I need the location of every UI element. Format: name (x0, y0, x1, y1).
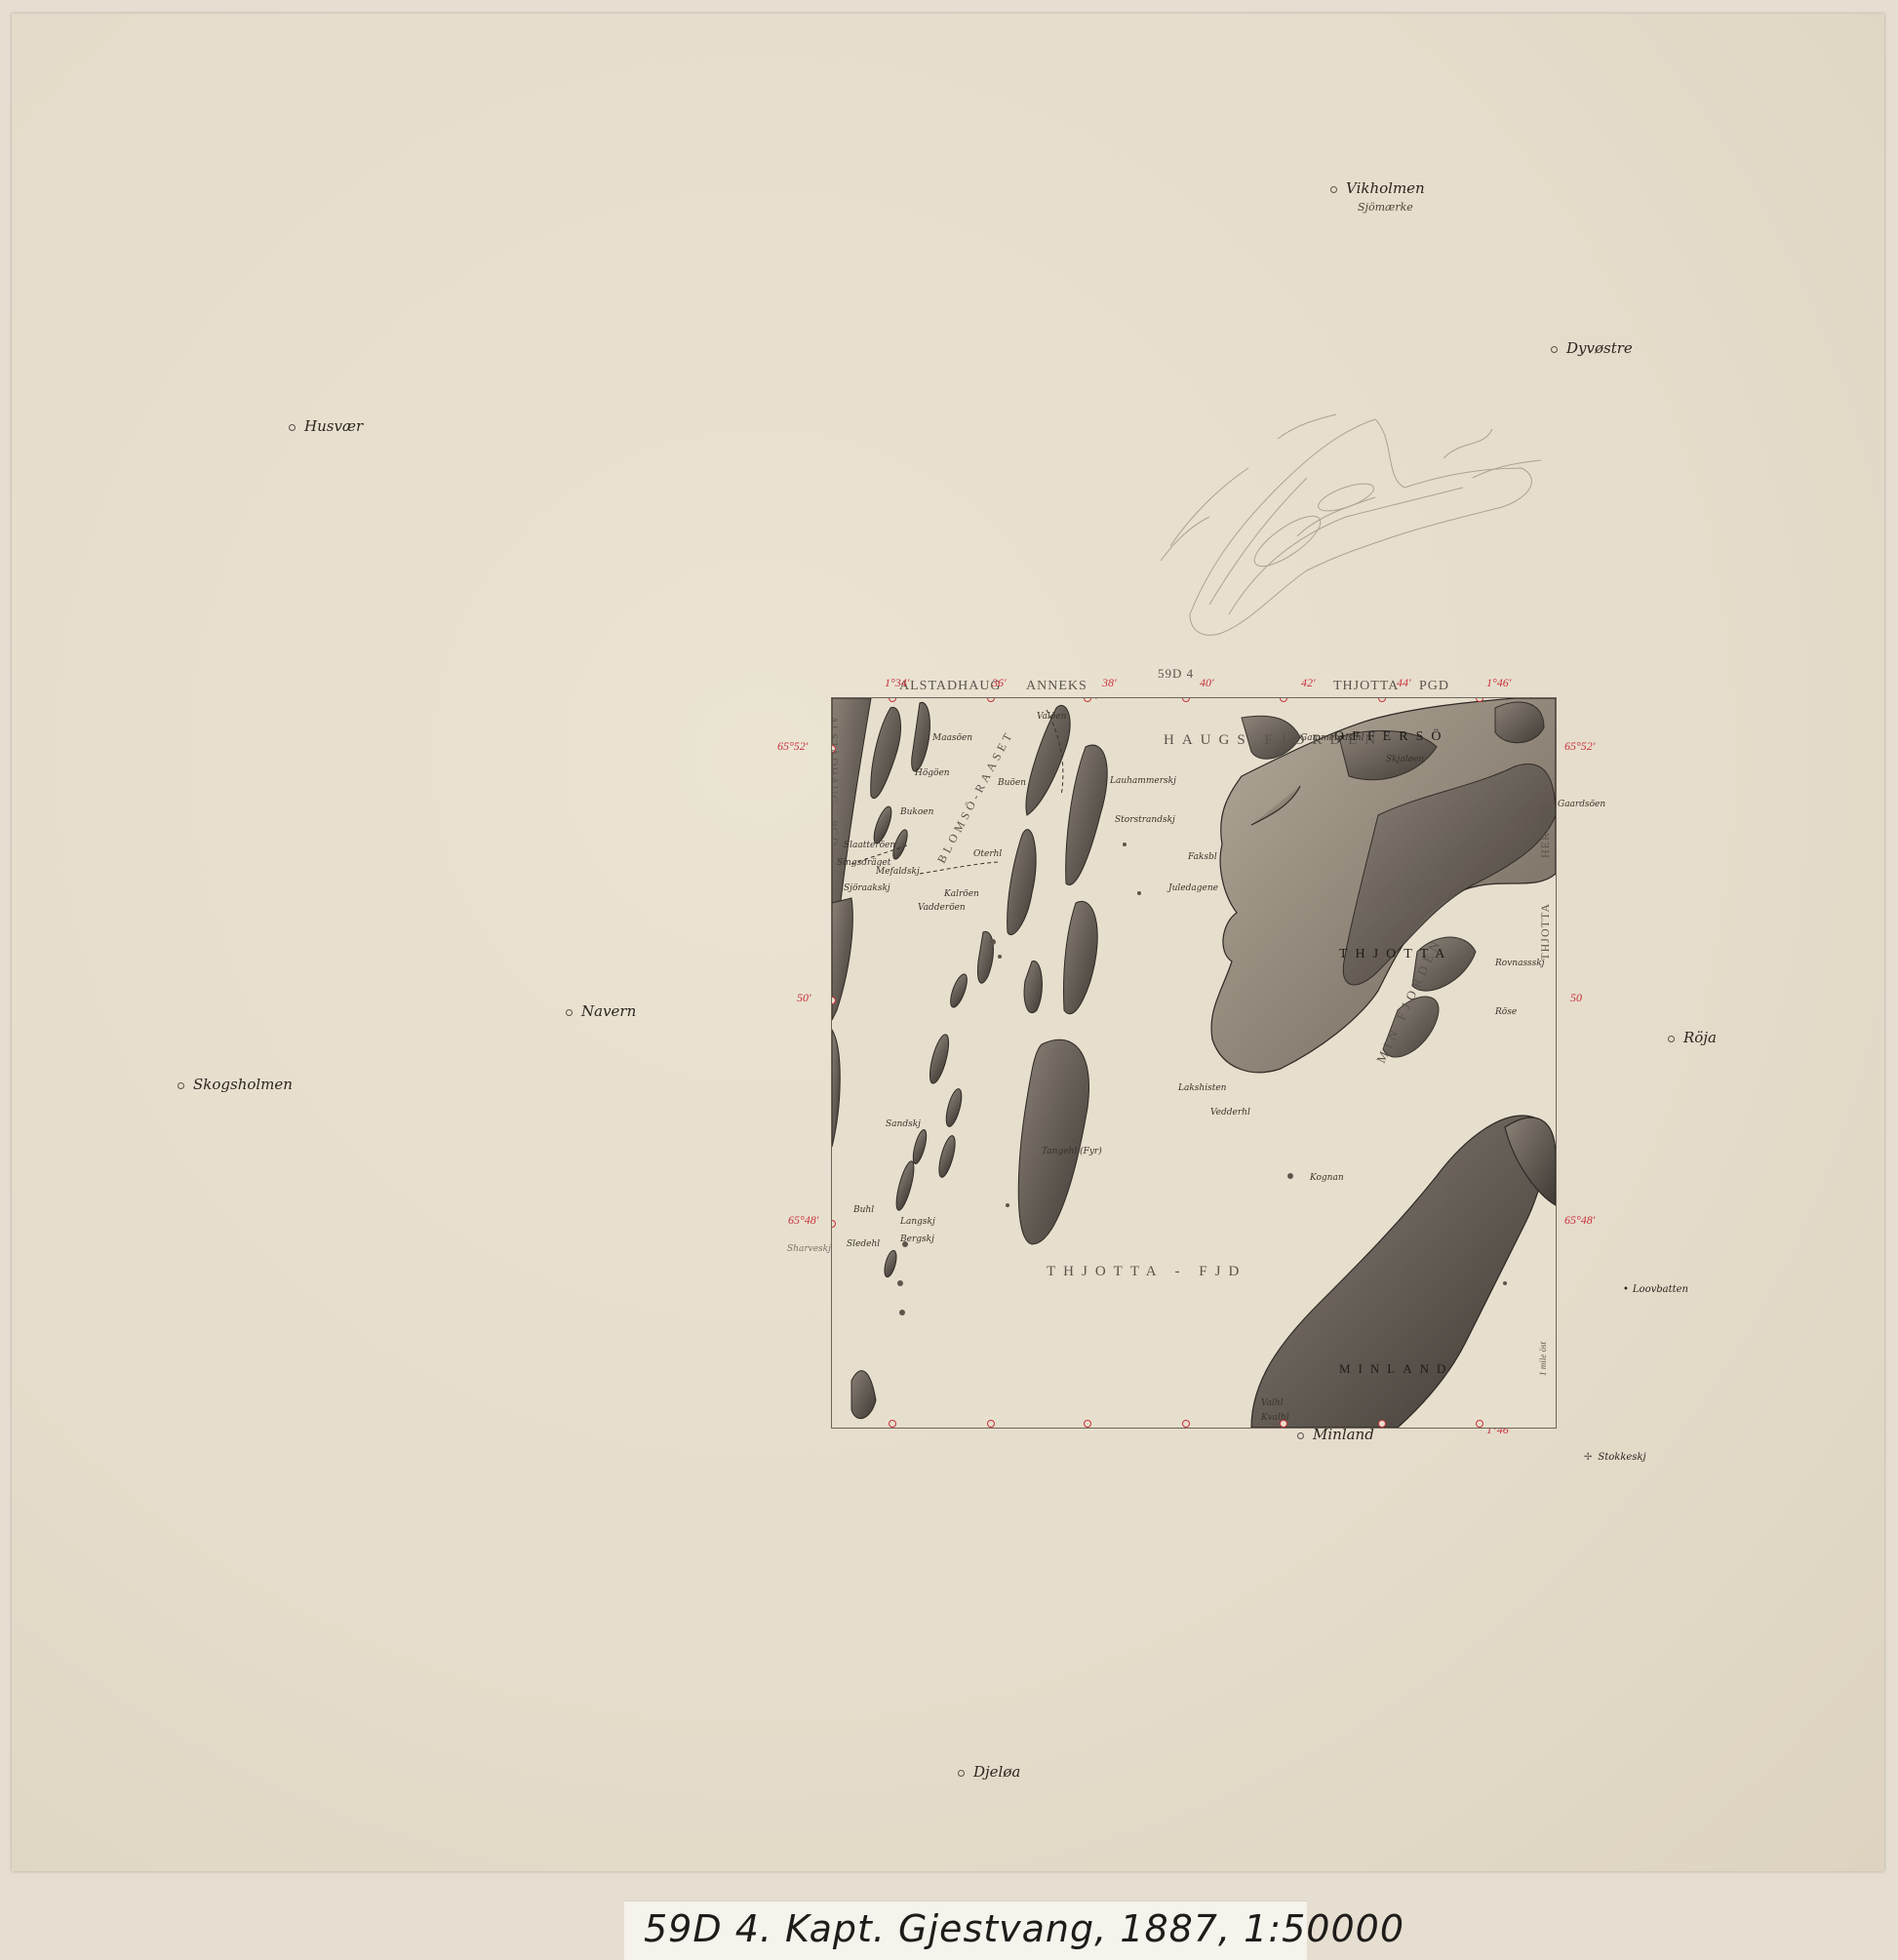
place-djeloa: Djeløa (958, 1763, 1020, 1781)
lat-tick-right: 65°52' (1564, 739, 1595, 754)
island-label: Skjaløen (1386, 755, 1424, 764)
island-label: Sjöraakskj (844, 883, 890, 893)
place-husvaer: Husvær (289, 417, 363, 435)
left-label-pgd: PGD (831, 820, 841, 846)
place-skogsholmen: Skogsholmen (178, 1076, 293, 1093)
place-marker-icon: • (1623, 1284, 1629, 1295)
land-label-minland: MINLAND (1339, 1361, 1453, 1377)
graticule-marker (1182, 1420, 1190, 1428)
island-label: Tangehl (Fyr) (1042, 1147, 1102, 1156)
lon-tick: 42' (1301, 676, 1316, 690)
lon-tick: 1°34' (885, 676, 909, 690)
island-label: Högöen (915, 768, 950, 778)
island-label: Sharveskj (787, 1244, 831, 1254)
place-label: Djeløa (973, 1763, 1020, 1781)
island-label: Kvalhl (1261, 1413, 1289, 1423)
island-label: Kognan (1310, 1173, 1344, 1183)
island-label: Storstrandskj (1115, 815, 1175, 825)
graticule-marker (1378, 1420, 1386, 1428)
island-label: Vedderhl (1210, 1108, 1250, 1117)
place-stokkeskj: ✢Stokkeskj (1584, 1452, 1646, 1463)
island-label: Gammelgds.hl (1300, 733, 1364, 743)
top-label-pgd: PGD (1419, 679, 1449, 694)
graticule-marker (1084, 1420, 1091, 1428)
pencil-sketch-island (1151, 371, 1570, 653)
island-label: Vadderöen (918, 903, 966, 913)
island-label: Langskj (900, 1217, 935, 1227)
side-note: 1 mile öst (1538, 1342, 1548, 1376)
lon-tick: 44' (1397, 676, 1411, 690)
inset-terrain (832, 698, 1556, 1428)
island-label: Lauhammerskj (1110, 776, 1176, 786)
map-sheet: Vikholmen Sjömærke Dyvøstre Husvær Skogs… (12, 14, 1884, 1871)
place-marker-icon (1551, 346, 1558, 353)
catalog-label-strip: 59D 4. Kapt. Gjestvang, 1887, 1:50000 (624, 1901, 1307, 1960)
lon-tick: 1°46' (1486, 676, 1511, 690)
water-label-thjotta-fjd: THJOTTA - FJD (1047, 1264, 1246, 1280)
top-label-anneks: ANNEKS (1026, 679, 1087, 694)
place-marker-icon (958, 1770, 965, 1777)
place-marker-icon (1668, 1036, 1675, 1042)
graticule-marker (987, 1420, 995, 1428)
lat-tick-left: 50' (797, 991, 811, 1005)
place-vikholmen-sub: Sjömærke (1358, 201, 1413, 214)
right-label-herred: HERRED (1538, 805, 1553, 858)
place-marker-icon (289, 424, 296, 431)
place-marker-icon (1297, 1432, 1304, 1439)
island-label: Oterhl (973, 849, 1002, 859)
place-dyvostre: Dyvøstre (1551, 339, 1633, 357)
island-label: Valöen (1037, 712, 1066, 722)
island-label: Lakshisten (1178, 1083, 1226, 1093)
island-label: Bergskj (900, 1235, 934, 1244)
island-label: Slaatteröen (844, 841, 895, 850)
place-label: Röja (1683, 1029, 1717, 1046)
place-label: Husvær (304, 417, 363, 435)
lon-tick: 40' (1200, 676, 1214, 690)
land-label-thjotta: THJOTTA (1339, 947, 1452, 962)
inset-map: HAUGS FJORDEN THJOTTA - FJD MIN FJORDEN … (831, 697, 1557, 1429)
island-label: Bukoen (900, 807, 933, 817)
lat-tick-left: 65°52' (777, 739, 808, 754)
lat-tick-right: 65°48' (1564, 1213, 1595, 1228)
cross-marker-icon: ✢ (1584, 1452, 1592, 1463)
island-label: Rovnassskj (1495, 959, 1545, 968)
island-label: Maasöen (932, 733, 972, 743)
catalog-label: 59D 4. Kapt. Gjestvang, 1887, 1:50000 (644, 1907, 1404, 1950)
island-label: Gaardsöen (1558, 800, 1605, 809)
island-label: Sledehl (847, 1239, 880, 1249)
left-label-alstadhaug: ALSTADHAUG (831, 716, 841, 804)
graticule-marker (889, 1420, 896, 1428)
place-label: Navern (581, 1002, 636, 1020)
place-roja: Röja (1668, 1029, 1717, 1046)
place-loovbatten: •Loovbatten (1623, 1284, 1688, 1295)
island-label: Sandskj (886, 1119, 921, 1129)
island-label: Valhl (1261, 1398, 1284, 1408)
lat-tick-left: 65°48' (788, 1213, 818, 1228)
place-label: Skogsholmen (193, 1076, 293, 1093)
inset-sheet-id: 59D 4 (1158, 666, 1194, 682)
lat-tick-right: 50 (1570, 991, 1582, 1005)
island-label: Buöen (998, 778, 1026, 788)
island-label: Faksbl (1188, 852, 1217, 862)
place-marker-icon (566, 1009, 573, 1016)
place-label: Stokkeskj (1598, 1452, 1645, 1463)
lon-tick: 38' (1102, 676, 1117, 690)
lon-tick: 36' (992, 676, 1007, 690)
place-marker-icon (1330, 186, 1337, 193)
place-label: Loovbatten (1633, 1284, 1688, 1295)
island-label: Juledagene (1168, 883, 1218, 893)
top-label-thjotta: THJOTTA (1333, 679, 1399, 694)
island-label: Buhl (853, 1205, 874, 1215)
island-label: Mefaldskj (876, 867, 920, 877)
place-label: Dyvøstre (1566, 339, 1633, 357)
graticule-marker (1476, 1420, 1483, 1428)
place-vikholmen: Vikholmen (1330, 179, 1425, 197)
island-label: Kalröen (944, 889, 979, 899)
place-marker-icon (178, 1082, 184, 1089)
top-label-alstadhaug: ALSTADHAUG (899, 679, 1002, 694)
island-label: Röse (1495, 1007, 1517, 1017)
place-label: Vikholmen (1346, 179, 1425, 197)
place-navern: Navern (566, 1002, 636, 1020)
right-label-thjotta: THJOTTA (1538, 903, 1553, 960)
